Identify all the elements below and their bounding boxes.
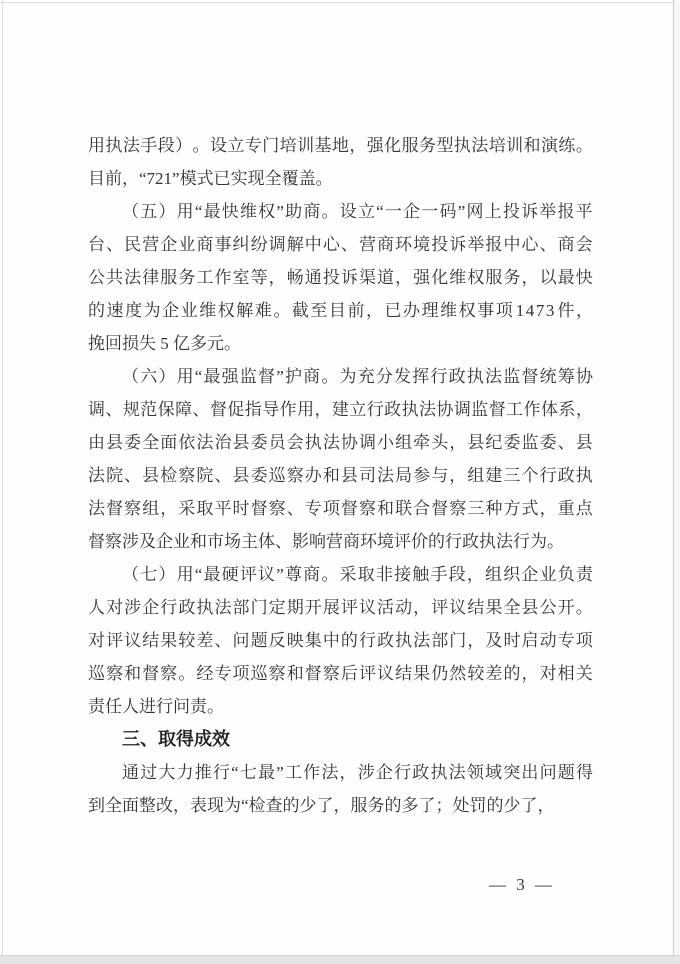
- text-line: 由县委全面依法治县委员会执法协调小组牵头，县纪委监委、县: [88, 426, 593, 459]
- page-border-right: [673, 0, 674, 955]
- text-line: 法院、县检察院、县委巡察办和县司法局参与，组建三个行政执: [88, 459, 593, 492]
- text-line: 人对涉企行政执法部门定期开展评议活动，评议结果全县公开。: [88, 591, 593, 624]
- text-line: 目前，“721”模式已实现全覆盖。: [88, 162, 593, 195]
- text-line: 巡察和督察。经专项巡察和督察后评议结果仍然较差的，对相关: [88, 657, 593, 690]
- text-line: 到全面整改，表现为“检查的少了，服务的多了；处罚的少了，: [88, 789, 593, 822]
- page-number: — 3 —: [489, 875, 555, 895]
- text-line: （五）用“最快维权”助商。设立“一企一码”网上投诉举报平: [88, 195, 593, 228]
- section-heading: 三、取得成效: [88, 723, 593, 756]
- text-line: （六）用“最强监督”护商。为充分发挥行政执法监督统筹协: [88, 360, 593, 393]
- text-line: 通过大力推行“七最”工作法，涉企行政执法领域突出问题得: [88, 756, 593, 789]
- text-line: 用执法手段）。设立专门培训基地，强化服务型执法培训和演练。: [88, 129, 593, 162]
- text-line: 台、民营企业商事纠纷调解中心、营商环境投诉举报中心、商会: [88, 228, 593, 261]
- page-border-top: [0, 2, 680, 3]
- text-line: 挽回损失 5 亿多元。: [88, 327, 593, 360]
- text-line: 责任人进行问责。: [88, 690, 593, 723]
- scan-bottom-strip: [0, 955, 680, 964]
- text-line: 对评议结果较差、问题反映集中的行政执法部门，及时启动专项: [88, 624, 593, 657]
- page-right-gutter: [674, 0, 680, 955]
- text-line: 调、规范保障、督促指导作用，建立行政执法协调监督工作体系，: [88, 393, 593, 426]
- text-line: 公共法律服务工作室等，畅通投诉渠道，强化维权服务，以最快: [88, 261, 593, 294]
- page-border-left: [2, 0, 3, 955]
- document-text-block: 用执法手段）。设立专门培训基地，强化服务型执法培训和演练。目前，“721”模式已…: [88, 129, 593, 822]
- text-line: 督察涉及企业和市场主体、影响营商环境评价的行政执法行为。: [88, 525, 593, 558]
- scanned-document-page: 用执法手段）。设立专门培训基地，强化服务型执法培训和演练。目前，“721”模式已…: [0, 0, 680, 964]
- text-line: 的速度为企业维权解难。截至目前，已办理维权事项 1473 件，: [88, 294, 593, 327]
- text-line: （七）用“最硬评议”尊商。采取非接触手段，组织企业负责: [88, 558, 593, 591]
- text-line: 法督察组，采取平时督察、专项督察和联合督察三种方式，重点: [88, 492, 593, 525]
